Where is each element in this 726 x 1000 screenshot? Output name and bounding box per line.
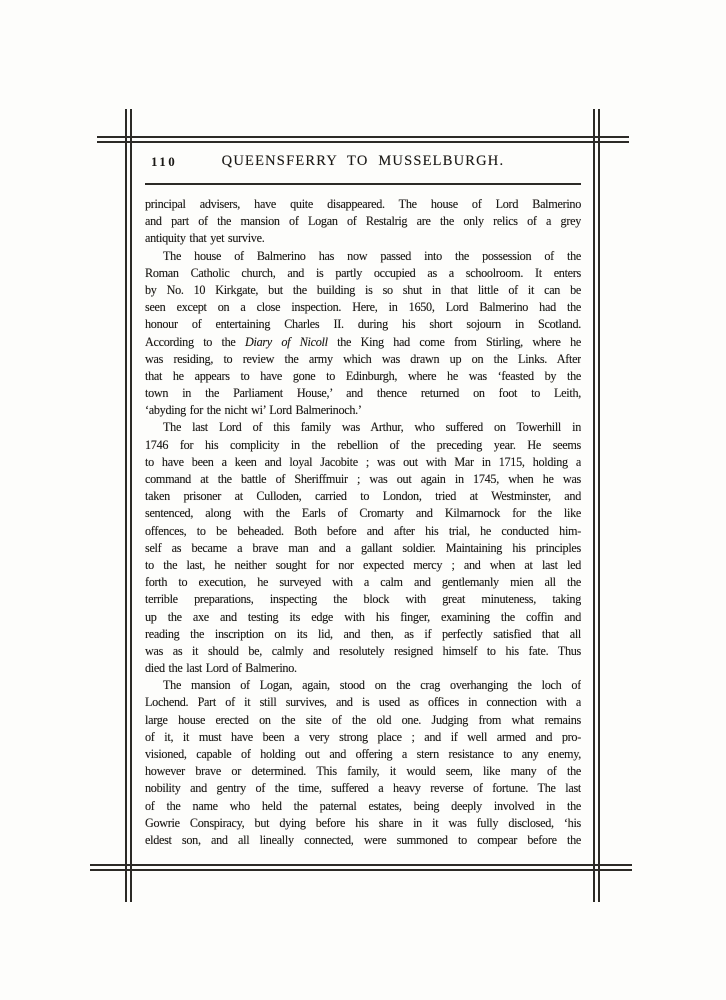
text-segment: of it, it must have been a very strong p…	[145, 730, 581, 744]
text-segment: ‘abyding for the nicht wi’ Lord Balmerin…	[145, 403, 362, 417]
frame-rule-bottom-inner	[90, 869, 632, 871]
content-area: 110 QUEENSFERRY TO MUSSELBURGH. principa…	[145, 150, 581, 176]
text-segment: died the last Lord of Balmerino.	[145, 661, 297, 675]
text-segment: to the last, he neither sought for nor e…	[145, 558, 581, 572]
text-line: nobility and gentry of the time, suffere…	[145, 780, 581, 797]
text-line: seen except on a close inspection. Here,…	[145, 299, 581, 316]
paragraph: principal advisers, have quite disappear…	[145, 196, 581, 248]
text-line: According to the Diary of Nicoll the Kin…	[145, 334, 581, 351]
text-line: was as it should be, calmly and resolute…	[145, 643, 581, 660]
text-segment: Lochend. Part of it still survives, and …	[145, 695, 581, 709]
text-line: The house of Balmerino has now passed in…	[145, 248, 581, 265]
text-line: reading the inscription on its lid, and …	[145, 626, 581, 643]
text-segment: the King had come from Stirling, where h…	[328, 335, 581, 349]
italic-text: Diary of Nicoll	[245, 335, 328, 349]
text-line: Lochend. Part of it still survives, and …	[145, 694, 581, 711]
frame-rule-right-inner	[598, 109, 600, 902]
text-segment: large house erected on the site of the o…	[145, 713, 581, 727]
text-line: ‘abyding for the nicht wi’ Lord Balmerin…	[145, 402, 581, 419]
text-segment: command at the battle of Sheriffmuir ; w…	[145, 472, 581, 486]
text-line: died the last Lord of Balmerino.	[145, 660, 581, 677]
text-line: taken prisoner at Culloden, carried to L…	[145, 488, 581, 505]
page-number: 110	[151, 154, 177, 170]
text-segment: to have been a keen and loyal Jacobite ;…	[145, 455, 581, 469]
text-line: 1746 for his complicity in the rebellion…	[145, 437, 581, 454]
text-line: The last Lord of this family was Arthur,…	[145, 419, 581, 436]
text-segment: honour of entertaining Charles II. durin…	[145, 317, 581, 331]
text-line: up the axe and testing its edge with his…	[145, 609, 581, 626]
text-line: eldest son, and all lineally connected, …	[145, 832, 581, 849]
text-line: of it, it must have been a very strong p…	[145, 729, 581, 746]
text-segment: offences, to be beheaded. Both before an…	[145, 524, 581, 538]
text-segment: 1746 for his complicity in the rebellion…	[145, 438, 581, 452]
frame-rule-left-inner	[130, 109, 132, 902]
text-block: principal advisers, have quite disappear…	[145, 196, 581, 849]
frame-rule-left-outer	[125, 109, 127, 902]
text-segment: reading the inscription on its lid, and …	[145, 627, 581, 641]
frame-rule-bottom-outer	[90, 864, 632, 866]
text-segment: of the name who held the paternal estate…	[145, 799, 581, 813]
text-segment: According to the	[145, 335, 245, 349]
text-line: however brave or determined. This family…	[145, 763, 581, 780]
text-line: principal advisers, have quite disappear…	[145, 196, 581, 213]
text-line: visioned, capable of holding out and off…	[145, 746, 581, 763]
text-segment: up the axe and testing its edge with his…	[145, 610, 581, 624]
text-segment: The house of Balmerino has now passed in…	[163, 249, 581, 263]
text-line: to the last, he neither sought for nor e…	[145, 557, 581, 574]
text-segment: Roman Catholic church, and is partly occ…	[145, 266, 581, 280]
text-segment: was as it should be, calmly and resolute…	[145, 644, 581, 658]
text-segment: seen except on a close inspection. Here,…	[145, 300, 581, 314]
text-line: to have been a keen and loyal Jacobite ;…	[145, 454, 581, 471]
paragraph: The mansion of Logan, again, stood on th…	[145, 677, 581, 849]
text-line: large house erected on the site of the o…	[145, 712, 581, 729]
text-segment: eldest son, and all lineally connected, …	[145, 833, 581, 847]
text-segment: The mansion of Logan, again, stood on th…	[163, 678, 581, 692]
text-segment: and part of the mansion of Logan of Rest…	[145, 214, 581, 228]
text-segment: that he appears to have gone to Edinburg…	[145, 369, 581, 383]
text-line: forth to execution, he surveyed with a c…	[145, 574, 581, 591]
running-title: QUEENSFERRY TO MUSSELBURGH.	[145, 150, 581, 170]
text-line: sentenced, along with the Earls of Croma…	[145, 505, 581, 522]
text-segment: taken prisoner at Culloden, carried to L…	[145, 489, 581, 503]
text-line: that he appears to have gone to Edinburg…	[145, 368, 581, 385]
text-line: Roman Catholic church, and is partly occ…	[145, 265, 581, 282]
text-line: The mansion of Logan, again, stood on th…	[145, 677, 581, 694]
text-line: terrible preparations, inspecting the bl…	[145, 591, 581, 608]
frame-rule-top-inner	[97, 141, 629, 143]
text-segment: antiquity that yet survive.	[145, 231, 264, 245]
paragraph: The house of Balmerino has now passed in…	[145, 248, 581, 420]
text-segment: forth to execution, he surveyed with a c…	[145, 575, 581, 589]
text-segment: however brave or determined. This family…	[145, 764, 581, 778]
text-segment: Gowrie Conspiracy, but dying before his …	[145, 816, 581, 830]
text-line: honour of entertaining Charles II. durin…	[145, 316, 581, 333]
text-line: was residing, to review the army which w…	[145, 351, 581, 368]
frame-rule-right-outer	[593, 109, 595, 902]
text-line: antiquity that yet survive.	[145, 230, 581, 247]
text-segment: was residing, to review the army which w…	[145, 352, 581, 366]
text-line: by No. 10 Kirkgate, but the building is …	[145, 282, 581, 299]
book-page: 110 QUEENSFERRY TO MUSSELBURGH. principa…	[0, 0, 726, 1000]
text-line: command at the battle of Sheriffmuir ; w…	[145, 471, 581, 488]
text-segment: principal advisers, have quite disappear…	[145, 197, 581, 211]
text-line: self as became a brave man and a gallant…	[145, 540, 581, 557]
text-segment: terrible preparations, inspecting the bl…	[145, 592, 581, 606]
page-header: 110 QUEENSFERRY TO MUSSELBURGH.	[145, 150, 581, 176]
text-line: Gowrie Conspiracy, but dying before his …	[145, 815, 581, 832]
text-line: offences, to be beheaded. Both before an…	[145, 523, 581, 540]
text-line: and part of the mansion of Logan of Rest…	[145, 213, 581, 230]
text-segment: visioned, capable of holding out and off…	[145, 747, 581, 761]
text-segment: by No. 10 Kirkgate, but the building is …	[145, 283, 581, 297]
text-line: of the name who held the paternal estate…	[145, 798, 581, 815]
text-segment: sentenced, along with the Earls of Croma…	[145, 506, 581, 520]
text-segment: town in the Parliament House,’ and thenc…	[145, 386, 581, 400]
header-rule	[145, 183, 581, 185]
text-line: town in the Parliament House,’ and thenc…	[145, 385, 581, 402]
text-segment: The last Lord of this family was Arthur,…	[163, 420, 581, 434]
text-segment: self as became a brave man and a gallant…	[145, 541, 581, 555]
text-segment: nobility and gentry of the time, suffere…	[145, 781, 581, 795]
frame-rule-top-outer	[97, 136, 629, 138]
paragraph: The last Lord of this family was Arthur,…	[145, 419, 581, 677]
